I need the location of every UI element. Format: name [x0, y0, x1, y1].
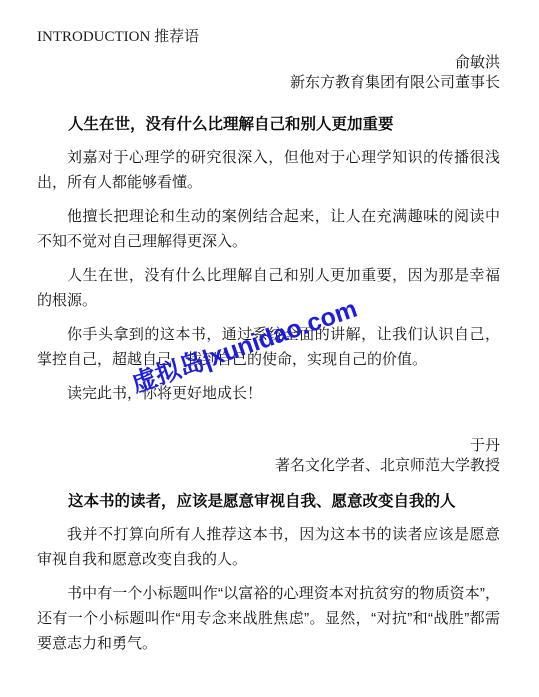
section-heading: 人生在世，没有什么比理解自己和别人更加重要: [37, 114, 500, 136]
recommendation-section-2: 于丹 著名文化学者、北京师范大学教授 这本书的读者，应该是愿意审视自我、愿意改变…: [37, 436, 500, 656]
body-paragraph: 我并不打算向所有人推荐这本书，因为这本书的读者应该是愿意审视自我和愿意改变自我的…: [37, 522, 500, 572]
intro-header-label: INTRODUCTION 推荐语: [37, 28, 500, 47]
body-paragraph: 他擅长把理论和生动的案例结合起来，让人在充满趣味的阅读中不知不觉对自己理解得更深…: [37, 204, 500, 254]
document-page: INTRODUCTION 推荐语 俞敏洪 新东方教育集团有限公司董事长 人生在世…: [0, 0, 539, 697]
body-paragraph: 你手头拿到的这本书，通过系统全面的讲解，让我们认识自己，掌控自己，超越自己，找到…: [37, 322, 500, 372]
author-byline: 俞敏洪 新东方教育集团有限公司董事长: [37, 53, 500, 93]
body-paragraph: 人生在世，没有什么比理解自己和别人更加重要，因为那是幸福的根源。: [37, 263, 500, 313]
author-name: 俞敏洪: [37, 53, 500, 73]
author-name: 于丹: [37, 436, 500, 456]
author-title: 新东方教育集团有限公司董事长: [37, 73, 500, 93]
body-paragraph: 书中有一个小标题叫作“以富裕的心理资本对抗贫穷的物质资本”，还有一个小标题叫作“…: [37, 581, 500, 656]
author-title: 著名文化学者、北京师范大学教授: [37, 456, 500, 476]
body-paragraph: 读完此书，你将更好地成长！: [37, 381, 500, 406]
body-paragraph: 刘嘉对于心理学的研究很深入，但他对于心理学知识的传播很浅出，所有人都能够看懂。: [37, 145, 500, 195]
section-heading: 这本书的读者，应该是愿意审视自我、愿意改变自我的人: [37, 491, 500, 513]
recommendation-section-1: 俞敏洪 新东方教育集团有限公司董事长 人生在世，没有什么比理解自己和别人更加重要…: [37, 53, 500, 406]
author-byline: 于丹 著名文化学者、北京师范大学教授: [37, 436, 500, 476]
